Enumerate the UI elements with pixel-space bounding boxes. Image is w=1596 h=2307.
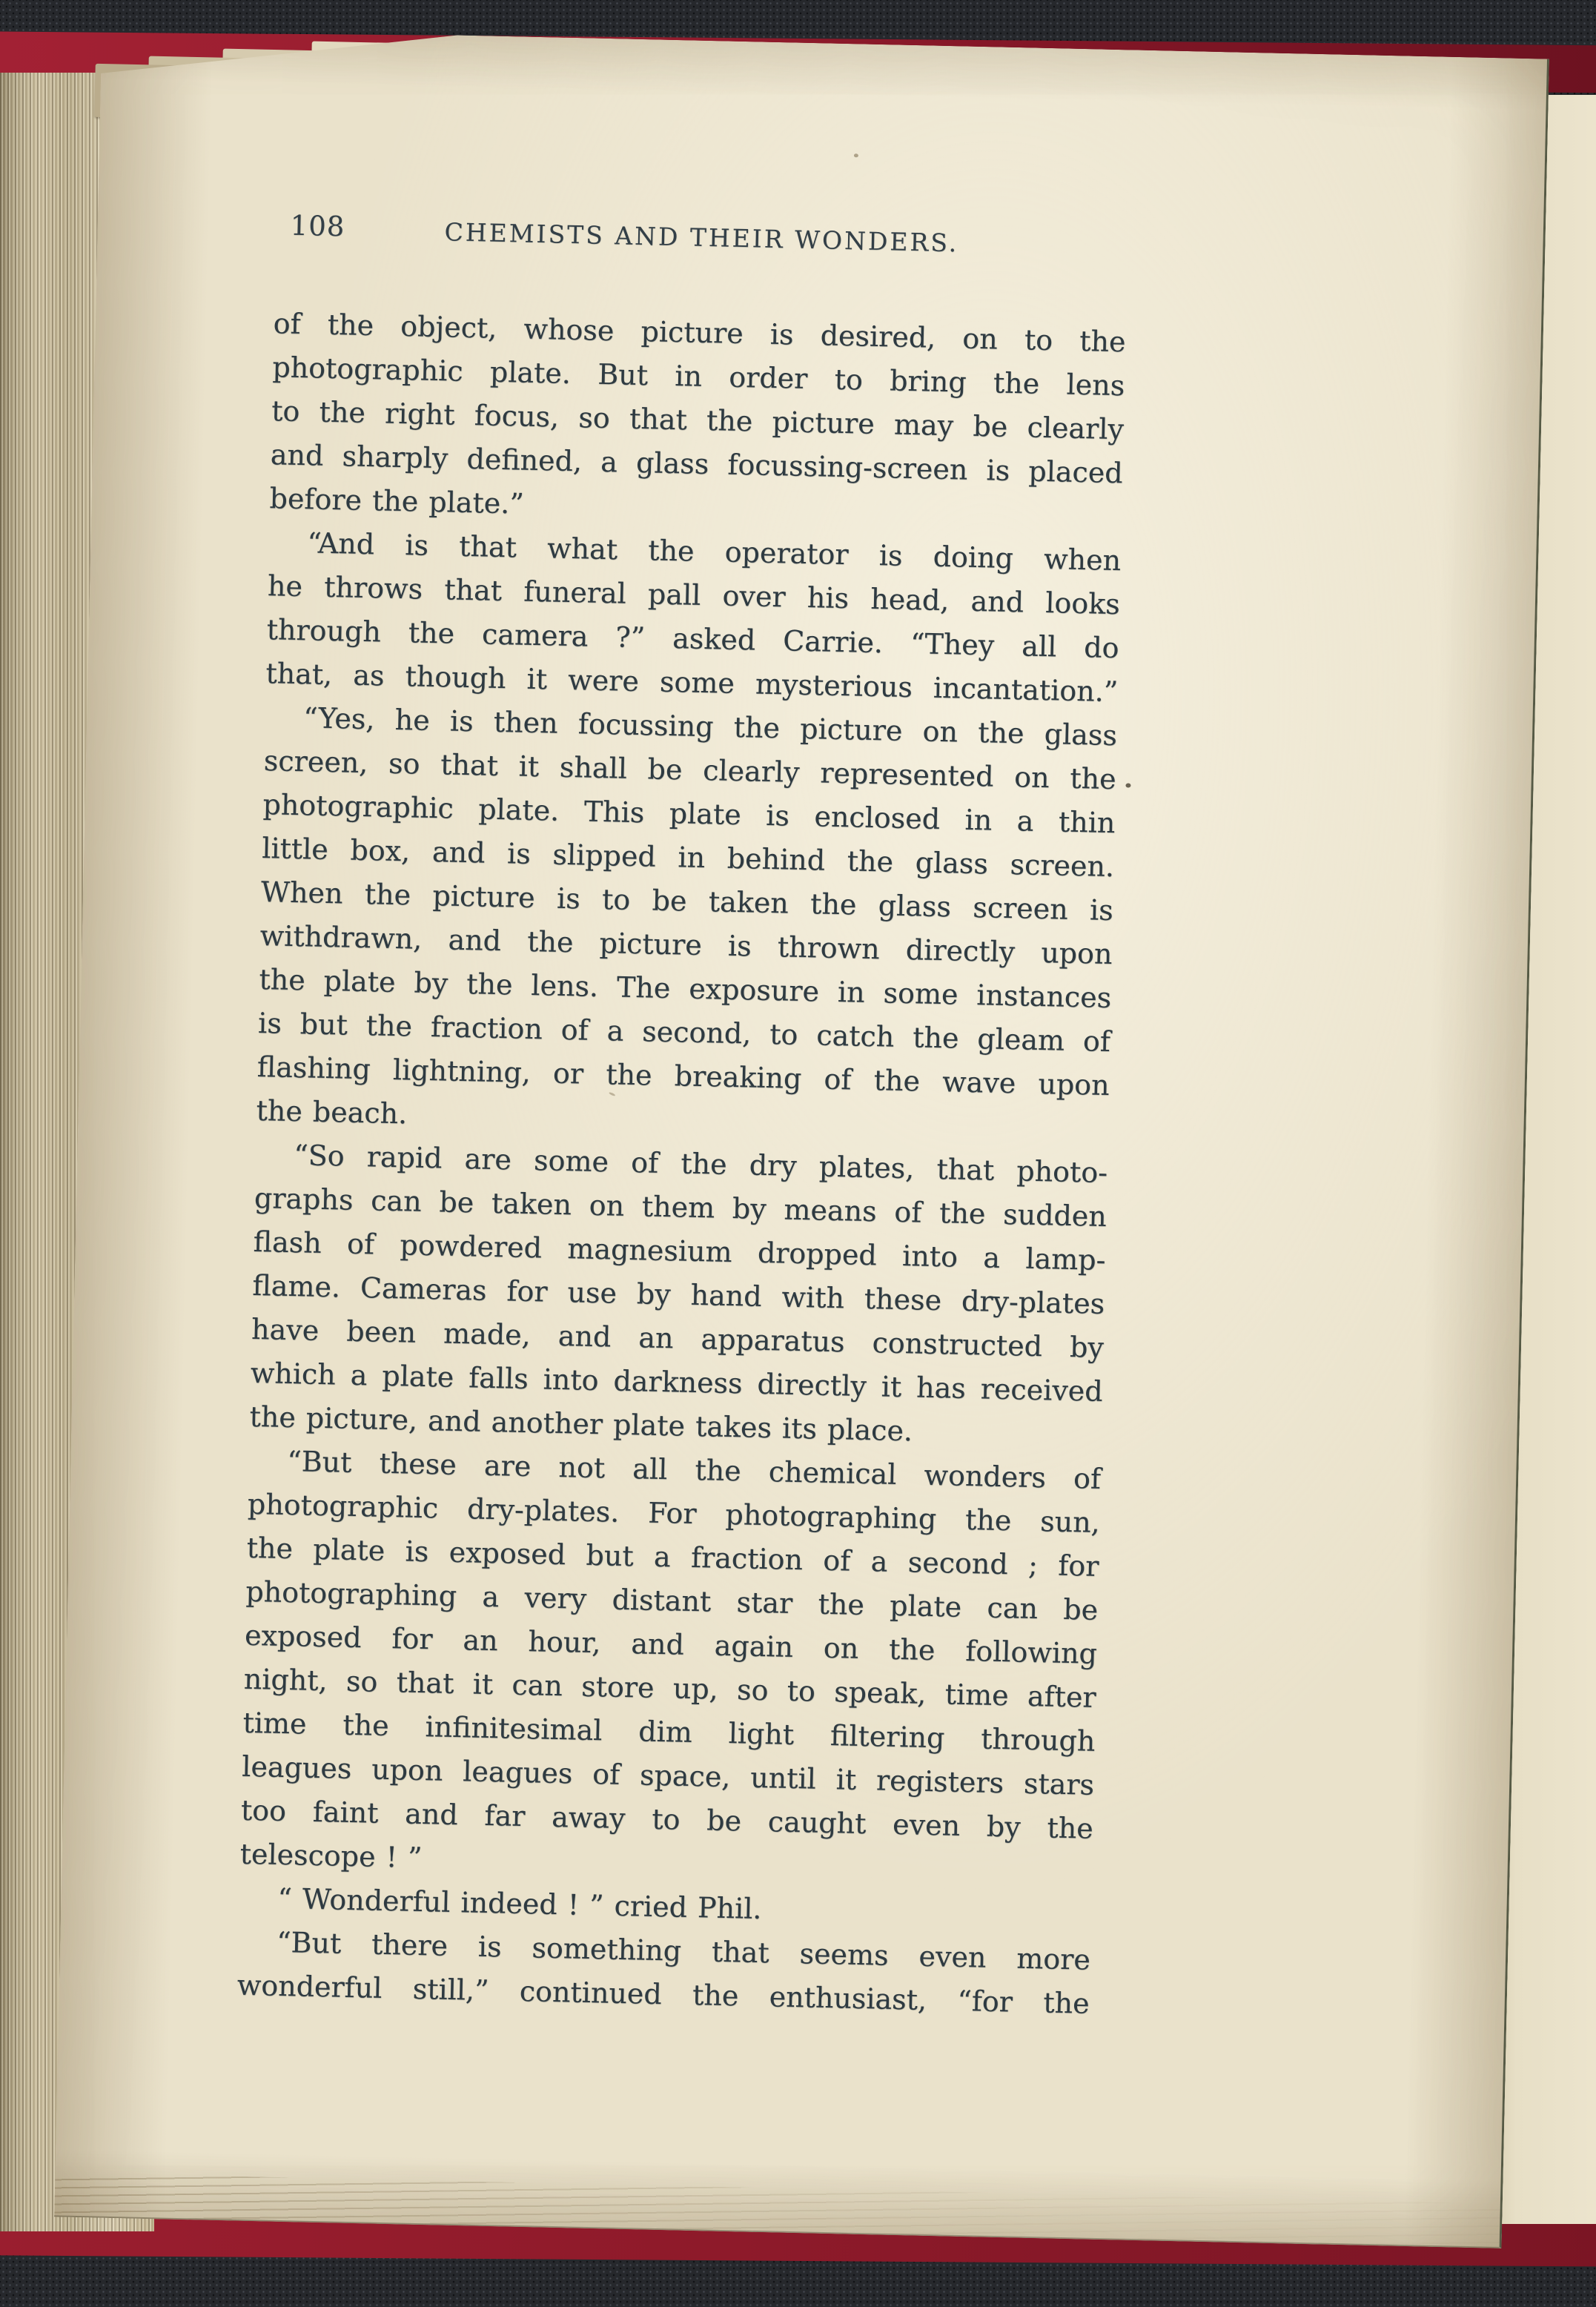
running-header: CHEMISTS AND THEIR WONDERS. <box>275 214 1128 261</box>
paper-speck <box>1125 783 1130 787</box>
paragraph: of the object, whose picture is desired,… <box>269 302 1126 539</box>
page-header: 108 CHEMISTS AND THEIR WONDERS. <box>275 208 1128 265</box>
paragraph: “But these are not all the chemical wond… <box>239 1439 1102 1895</box>
paragraph: “Yes, he is then focussing the picture o… <box>256 695 1118 1151</box>
text-body: of the object, whose picture is desired,… <box>236 302 1126 2026</box>
scanned-book-photo: 108 CHEMISTS AND THEIR WONDERS. of the o… <box>0 0 1596 2307</box>
paragraph: “But there is something that seems even … <box>236 1920 1090 2026</box>
paragraph: “And is that what the operator is doing … <box>265 520 1122 714</box>
paper-speck <box>854 153 858 157</box>
book-page: 108 CHEMISTS AND THEIR WONDERS. of the o… <box>54 27 1549 2248</box>
paragraph: “So rapid are some of the dry plates, th… <box>249 1133 1108 1457</box>
